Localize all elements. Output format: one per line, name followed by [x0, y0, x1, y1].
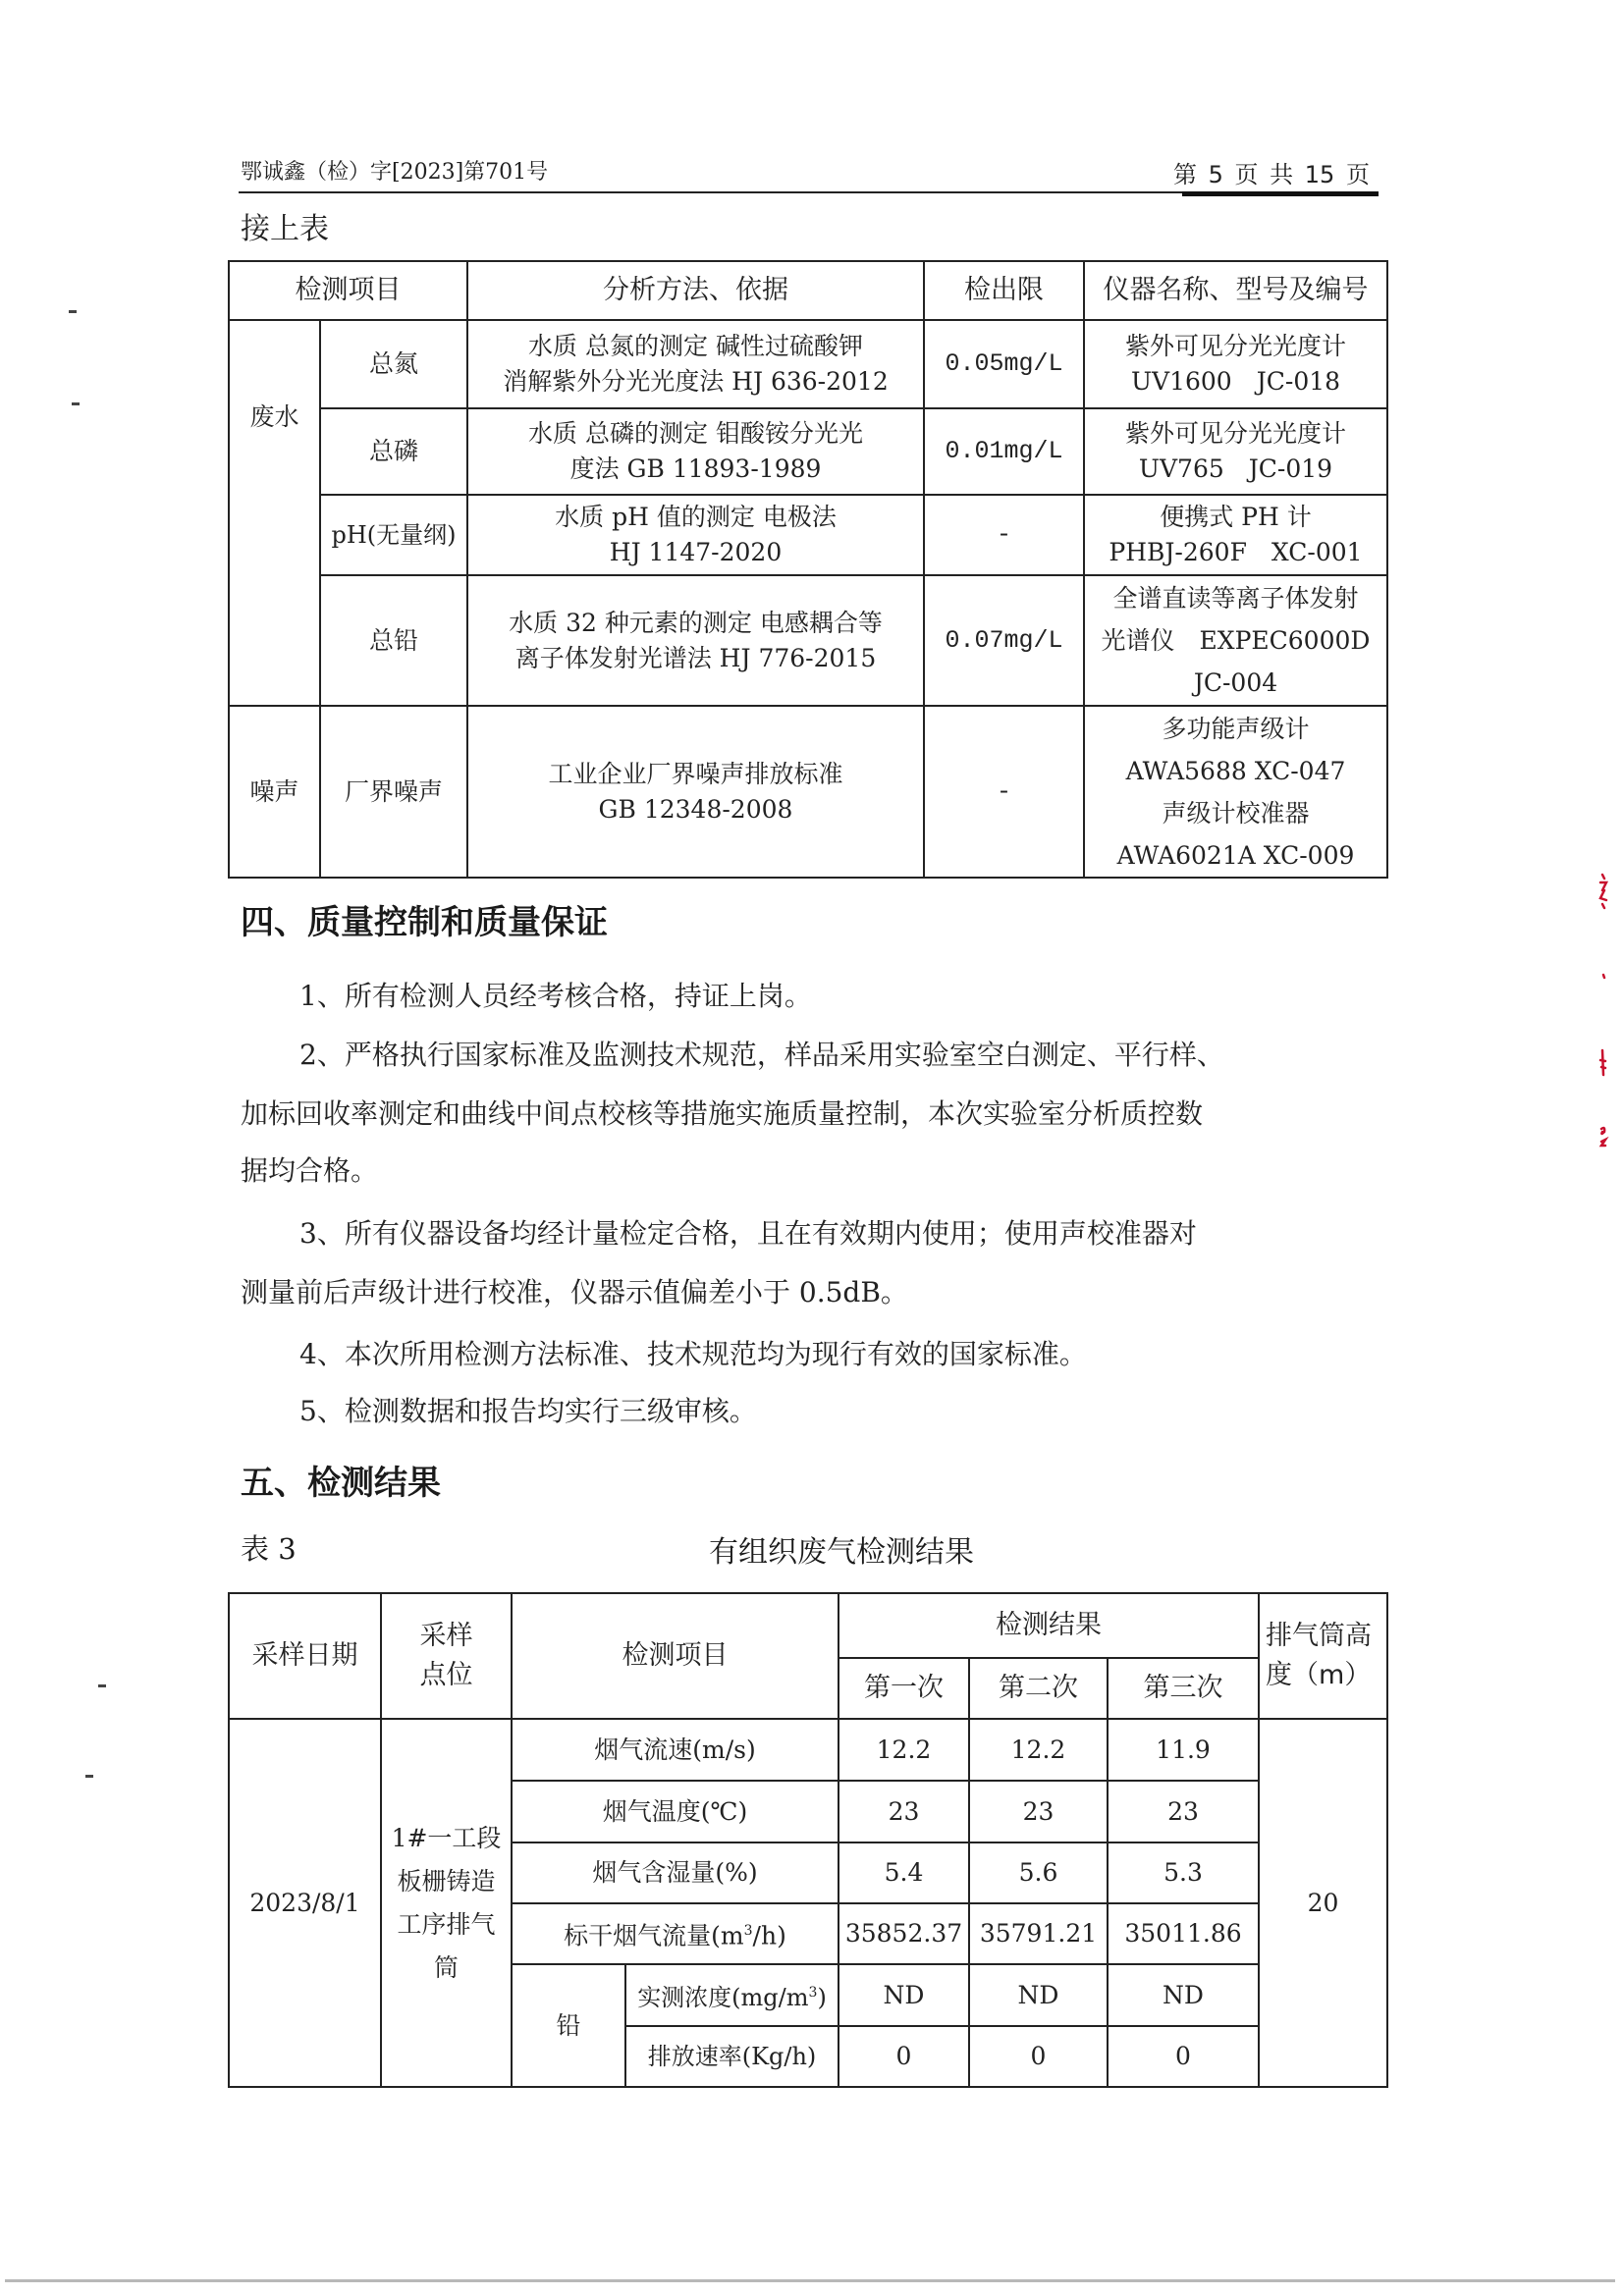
- item-name: 标干烟气流量(m3/h): [512, 1903, 839, 1964]
- detection-limit: -: [924, 495, 1084, 575]
- method-line: GB 12348-2008: [472, 792, 919, 828]
- binding-hole-mark: [85, 1775, 93, 1778]
- report-number: 鄂诚鑫（检）字[2023]第701号: [241, 155, 548, 186]
- qc-item-text: 3、所有仪器设备均经计量检定合格，且在有效期内使用；使用声校准器对: [299, 1217, 1197, 1250]
- value-first: ND: [839, 1964, 969, 2026]
- category-wastewater: 废水: [229, 320, 320, 706]
- sample-site-line: 板栅铸造: [386, 1860, 507, 1903]
- value-third: 0: [1108, 2026, 1259, 2087]
- instrument-line: JC-004: [1089, 662, 1382, 704]
- qc-item-4: 4、本次所用检测方法标准、技术规范均为现行有效的国家标准。: [241, 1325, 1380, 1384]
- instrument-cell: 多功能声级计 AWA5688 XC-047 声级计校准器 AWA6021A XC…: [1084, 706, 1387, 878]
- table-row: 噪声 厂界噪声 工业企业厂界噪声排放标准 GB 12348-2008 - 多功能…: [229, 706, 1387, 878]
- instrument-line: 光谱仪 EXPEC6000D: [1089, 619, 1382, 662]
- value-third: 35011.86: [1108, 1903, 1259, 1964]
- qc-item-2-cont: 加标回收率测定和曲线中间点校核等措施实施质量控制，本次实验室分析质控数: [241, 1085, 1380, 1144]
- detection-limit: -: [924, 706, 1084, 878]
- qc-item-text: 4、本次所用检测方法标准、技术规范均为现行有效的国家标准。: [299, 1338, 1087, 1370]
- lead-label: 铅: [512, 1964, 625, 2087]
- header-sample-site: 采样 点位: [381, 1593, 512, 1719]
- method-line: 水质 总磷的测定 钼酸铵分光光: [472, 416, 919, 452]
- header-sample-site-line: 点位: [386, 1656, 507, 1695]
- seal-stamp-edge-icon: [1593, 869, 1614, 1173]
- value-first: 5.4: [839, 1842, 969, 1903]
- detection-limit: 0.07mg/L: [924, 575, 1084, 706]
- section-title-results: 五、检测结果: [241, 1456, 441, 1504]
- instrument-cell: 紫外可见分光光度计 UV765 JC-019: [1084, 408, 1387, 495]
- qc-item-3-cont: 测量前后声级计进行校准，仪器示值偏差小于 0.5dB。: [241, 1263, 1380, 1322]
- page-indicator: 第 5 页 共 15 页: [1173, 155, 1370, 189]
- header-results: 检测结果: [839, 1593, 1259, 1658]
- methods-table-header: 检测项目 分析方法、依据 检出限 仪器名称、型号及编号: [229, 261, 1387, 320]
- item-name: 排放速率(Kg/h): [625, 2026, 839, 2087]
- qc-item-2: 2、严格执行国家标准及监测技术规范，样品采用实验室空白测定、平行样、: [241, 1026, 1380, 1085]
- value-third: 23: [1108, 1781, 1259, 1842]
- qc-item-2-cont: 据均合格。: [241, 1142, 1380, 1201]
- method-line: 工业企业厂界噪声排放标准: [472, 757, 919, 792]
- method-cell: 水质 pH 值的测定 电极法 HJ 1147-2020: [467, 495, 924, 575]
- header-limit: 检出限: [924, 261, 1084, 320]
- table-title: 有组织废气检测结果: [709, 1527, 974, 1571]
- methods-table: 检测项目 分析方法、依据 检出限 仪器名称、型号及编号 废水 总氮 水质 总氮的…: [228, 260, 1388, 879]
- sample-site-line: 1#一工段: [386, 1817, 507, 1860]
- item-name: 总铅: [320, 575, 467, 706]
- header-stack-height-line: 排气筒高: [1266, 1617, 1382, 1656]
- sample-site-line: 筒: [386, 1947, 507, 1990]
- value-first: 35852.37: [839, 1903, 969, 1964]
- item-name: 厂界噪声: [320, 706, 467, 878]
- instrument-line: 紫外可见分光光度计: [1089, 416, 1382, 452]
- item-name: pH(无量纲): [320, 495, 467, 575]
- instrument-line: 紫外可见分光光度计: [1089, 329, 1382, 364]
- value-first: 23: [839, 1781, 969, 1842]
- instrument-cell: 全谱直读等离子体发射 光谱仪 EXPEC6000D JC-004: [1084, 575, 1387, 706]
- header-first: 第一次: [839, 1658, 969, 1719]
- superscript: 3: [744, 1923, 753, 1939]
- header-second: 第二次: [969, 1658, 1108, 1719]
- instrument-line: AWA6021A XC-009: [1089, 834, 1382, 877]
- instrument-line: 多功能声级计: [1089, 708, 1382, 750]
- item-name: 烟气温度(℃): [512, 1781, 839, 1842]
- instrument-line: UV765 JC-019: [1089, 452, 1382, 487]
- detection-limit: 0.05mg/L: [924, 320, 1084, 408]
- value-second: 23: [969, 1781, 1108, 1842]
- instrument-line: 便携式 PH 计: [1089, 500, 1382, 535]
- item-name-text: 标干烟气流量(m: [564, 1922, 743, 1950]
- value-third: ND: [1108, 1964, 1259, 2026]
- sample-site-line: 工序排气: [386, 1903, 507, 1947]
- item-name: 总磷: [320, 408, 467, 495]
- item-name: 烟气含湿量(%): [512, 1842, 839, 1903]
- method-line: 水质 pH 值的测定 电极法: [472, 500, 919, 535]
- value-second: 0: [969, 2026, 1108, 2087]
- header-sample-site-line: 采样: [386, 1617, 507, 1656]
- qc-item-1: 1、所有检测人员经考核合格，持证上岗。: [241, 967, 1380, 1026]
- instrument-line: 声级计校准器: [1089, 792, 1382, 834]
- value-second: 12.2: [969, 1719, 1108, 1781]
- instrument-cell: 紫外可见分光光度计 UV1600 JC-018: [1084, 320, 1387, 408]
- value-third: 11.9: [1108, 1719, 1259, 1781]
- header-stack-height-line: 度（m）: [1266, 1656, 1382, 1695]
- binding-hole-mark: [98, 1684, 106, 1687]
- header-instrument: 仪器名称、型号及编号: [1084, 261, 1387, 320]
- header-method: 分析方法、依据: [467, 261, 924, 320]
- qc-item-5: 5、检测数据和报告均实行三级审核。: [241, 1382, 1380, 1441]
- instrument-cell: 便携式 PH 计 PHBJ-260F XC-001: [1084, 495, 1387, 575]
- value-second: 5.6: [969, 1842, 1108, 1903]
- qc-item-text: 2、严格执行国家标准及监测技术规范，样品采用实验室空白测定、平行样、: [299, 1039, 1224, 1071]
- scan-edge-line: [5, 2279, 1615, 2282]
- method-cell: 水质 32 种元素的测定 电感耦合等 离子体发射光谱法 HJ 776-2015: [467, 575, 924, 706]
- category-noise: 噪声: [229, 706, 320, 878]
- item-name: 实测浓度(mg/m3): [625, 1964, 839, 2026]
- item-name-text: 实测浓度(mg/m: [637, 1984, 808, 2011]
- header-divider-thick: [1182, 191, 1379, 196]
- header-sample-date: 采样日期: [229, 1593, 381, 1719]
- method-cell: 水质 总氮的测定 碱性过硫酸钾 消解紫外分光光度法 HJ 636-2012: [467, 320, 924, 408]
- binding-hole-mark: [72, 402, 80, 405]
- method-cell: 工业企业厂界噪声排放标准 GB 12348-2008: [467, 706, 924, 878]
- instrument-line: PHBJ-260F XC-001: [1089, 535, 1382, 570]
- table-row: 总磷 水质 总磷的测定 钼酸铵分光光 度法 GB 11893-1989 0.01…: [229, 408, 1387, 495]
- value-third: 5.3: [1108, 1842, 1259, 1903]
- header-stack-height: 排气筒高 度（m）: [1259, 1593, 1387, 1719]
- item-name: 烟气流速(m/s): [512, 1719, 839, 1781]
- sample-site: 1#一工段 板栅铸造 工序排气 筒: [381, 1719, 512, 2087]
- value-second: 35791.21: [969, 1903, 1108, 1964]
- sample-date: 2023/8/1: [229, 1719, 381, 2087]
- table-row: 废水 总氮 水质 总氮的测定 碱性过硫酸钾 消解紫外分光光度法 HJ 636-2…: [229, 320, 1387, 408]
- method-line: 消解紫外分光光度法 HJ 636-2012: [472, 364, 919, 400]
- method-cell: 水质 总磷的测定 钼酸铵分光光 度法 GB 11893-1989: [467, 408, 924, 495]
- section-title-quality-control: 四、质量控制和质量保证: [241, 895, 608, 943]
- binding-hole-mark: [69, 310, 77, 313]
- table-row: 总铅 水质 32 种元素的测定 电感耦合等 离子体发射光谱法 HJ 776-20…: [229, 575, 1387, 706]
- header-third: 第三次: [1108, 1658, 1259, 1719]
- table-row: 2023/8/1 1#一工段 板栅铸造 工序排气 筒 烟气流速(m/s) 12.…: [229, 1719, 1387, 1781]
- header-test-item: 检测项目: [512, 1593, 839, 1719]
- table-number: 表 3: [241, 1527, 297, 1568]
- continued-table-label: 接上表: [241, 204, 329, 247]
- instrument-line: 全谱直读等离子体发射: [1089, 577, 1382, 619]
- method-line: 离子体发射光谱法 HJ 776-2015: [472, 641, 919, 676]
- value-second: ND: [969, 1964, 1108, 2026]
- table-row: pH(无量纲) 水质 pH 值的测定 电极法 HJ 1147-2020 - 便携…: [229, 495, 1387, 575]
- method-line: 度法 GB 11893-1989: [472, 452, 919, 487]
- instrument-line: AWA5688 XC-047: [1089, 750, 1382, 792]
- results-table: 采样日期 采样 点位 检测项目 检测结果 排气筒高 度（m） 第一次 第二次 第…: [228, 1592, 1388, 2088]
- method-line: HJ 1147-2020: [472, 535, 919, 570]
- qc-item-text: 5、检测数据和报告均实行三级审核。: [299, 1395, 757, 1427]
- instrument-line: UV1600 JC-018: [1089, 364, 1382, 400]
- qc-item-3: 3、所有仪器设备均经计量检定合格，且在有效期内使用；使用声校准器对: [241, 1204, 1380, 1263]
- stack-height-value: 20: [1259, 1719, 1387, 2087]
- value-first: 12.2: [839, 1719, 969, 1781]
- item-name: 总氮: [320, 320, 467, 408]
- detection-limit: 0.01mg/L: [924, 408, 1084, 495]
- item-name-text: ): [817, 1984, 826, 2011]
- results-header-row: 采样日期 采样 点位 检测项目 检测结果 排气筒高 度（m）: [229, 1593, 1387, 1658]
- value-first: 0: [839, 2026, 969, 2087]
- method-line: 水质 32 种元素的测定 电感耦合等: [472, 606, 919, 641]
- item-name-text: /h): [753, 1922, 786, 1950]
- qc-item-text: 1、所有检测人员经考核合格，持证上岗。: [299, 980, 812, 1012]
- method-line: 水质 总氮的测定 碱性过硫酸钾: [472, 329, 919, 364]
- header-item: 检测项目: [229, 261, 467, 320]
